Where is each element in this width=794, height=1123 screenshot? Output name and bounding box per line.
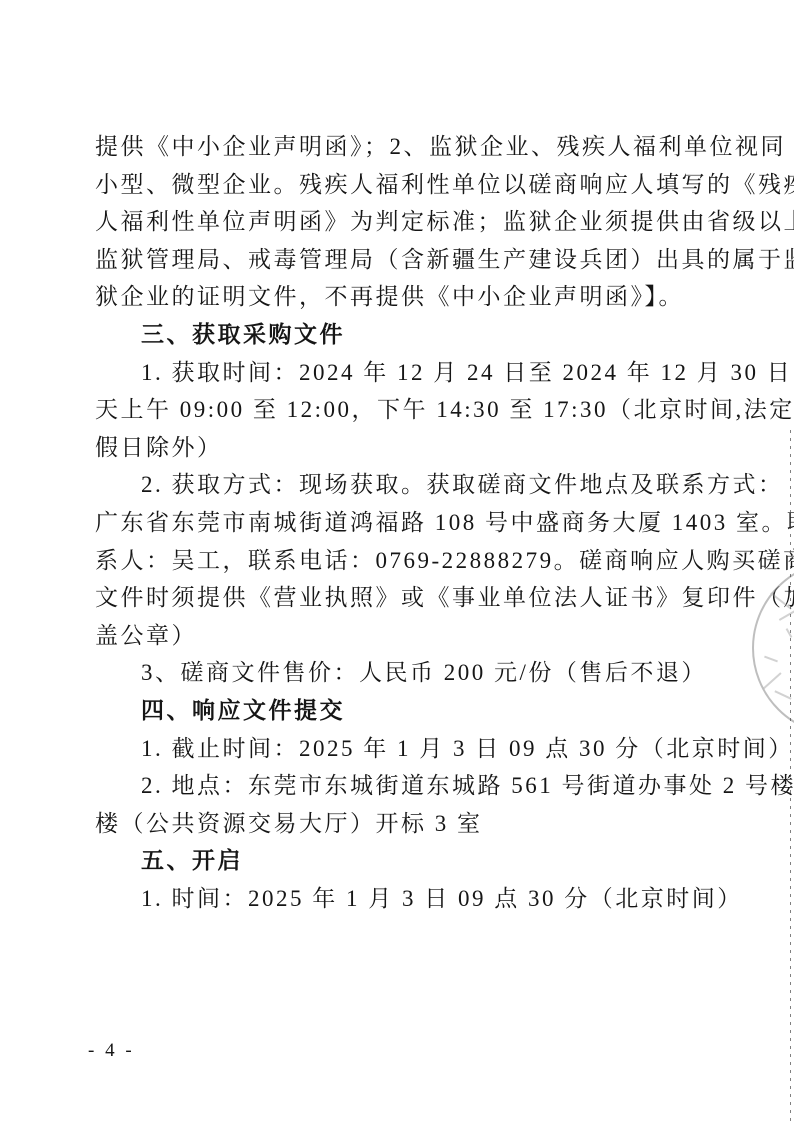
text-line: 1. 截止时间：2025 年 1 月 3 日 09 点 30 分（北京时间） [95,730,715,768]
section-heading: 四、响应文件提交 [95,692,715,730]
seal-mark [774,690,791,699]
text-line: 假日除外） [95,429,715,467]
text-line: 人福利性单位声明函》为判定标准；监狱企业须提供由省级以上 [95,203,715,241]
text-line: 2. 地点：东莞市东城街道东城路 561 号街道办事处 2 号楼 2 [95,767,715,805]
text-line: 文件时须提供《营业执照》或《事业单位法人证书》复印件（加 [95,579,715,617]
text-line: 3、磋商文件售价：人民币 200 元/份（售后不退） [95,654,715,692]
text-line: 天上午 09:00 至 12:00，下午 14:30 至 17:30（北京时间,… [95,391,715,429]
scan-edge-artifact-icon [790,430,791,1123]
scanned-document-page: 提供《中小企业声明函》；2、监狱企业、残疾人福利单位视同小型、微型企业。残疾人福… [0,0,794,1123]
text-line: 狱企业的证明文件，不再提供《中小企业声明函》】。 [95,278,715,316]
text-line: 楼（公共资源交易大厅）开标 3 室 [95,805,715,843]
seal-mark [762,672,781,690]
seal-mark [779,609,794,621]
seal-mark [786,628,793,638]
seal-mark [770,592,792,610]
section-heading: 五、开启 [95,842,715,880]
section-heading: 三、获取采购文件 [95,316,715,354]
text-line: 广东省东莞市南城街道鸿福路 108 号中盛商务大厦 1403 室。联 [95,504,715,542]
text-line: 1. 获取时间：2024 年 12 月 24 日至 2024 年 12 月 30… [95,354,715,392]
text-line: 盖公章） [95,617,715,655]
text-line: 小型、微型企业。残疾人福利性单位以磋商响应人填写的《残疾 [95,166,715,204]
seal-mark [764,656,778,663]
page-number: - 4 - [88,1040,135,1062]
text-line: 提供《中小企业声明函》；2、监狱企业、残疾人福利单位视同 [95,128,715,166]
text-line: 监狱管理局、戒毒管理局（含新疆生产建设兵团）出具的属于监 [95,241,715,279]
document-lines: 提供《中小企业声明函》；2、监狱企业、残疾人福利单位视同小型、微型企业。残疾人福… [95,128,715,917]
text-line: 系人：吴工，联系电话：0769-22888279。磋商响应人购买磋商 [95,542,715,580]
text-line: 2. 获取方式：现场获取。获取磋商文件地点及联系方式： [95,466,715,504]
text-line: 1. 时间：2025 年 1 月 3 日 09 点 30 分（北京时间） [95,880,715,918]
